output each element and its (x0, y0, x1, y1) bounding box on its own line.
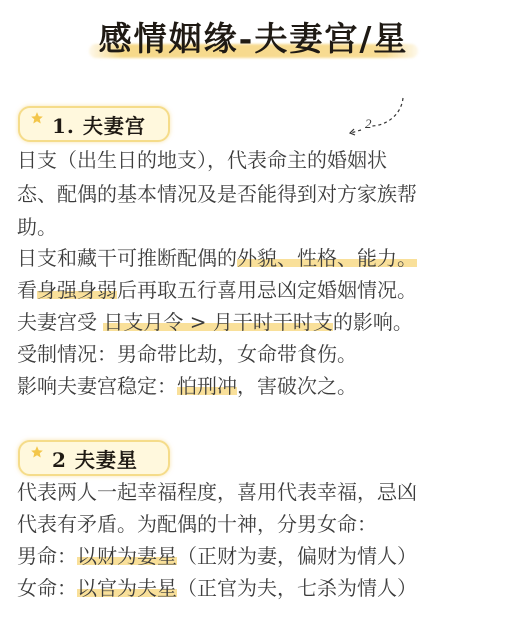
text-line: 看身强身弱后再取五行喜用忌凶定婚姻情况。 (17, 276, 417, 304)
text-line: 助。 (17, 213, 57, 241)
dashed-arrow-icon: 2 (345, 96, 407, 140)
text-line: 日支和藏干可推断配偶的外貌、性格、能力。 (17, 244, 417, 272)
highlight: 怕刑冲 (177, 374, 237, 398)
text-line: 代表有矛盾。为配偶的十神，分男女命： (17, 510, 377, 538)
star-icon (30, 111, 44, 125)
section-badge-fuqi-gong: 1. 夫妻宫 (18, 106, 170, 142)
highlight: 以财为妻星 (77, 544, 177, 568)
section-badge-fuqi-xing: 2 夫妻星 (18, 440, 170, 476)
title-block: 感情姻缘-夫妻宫/星 (0, 18, 507, 60)
highlight: 身强身弱 (37, 278, 117, 302)
text-line: 夫妻宫受 日支月令 > 月干时干时支的影响。 (17, 308, 413, 336)
text-line: 男命：以财为妻星（正财为妻，偏财为情人） (17, 542, 417, 570)
svg-text:2: 2 (365, 116, 372, 131)
page-title: 感情姻缘-夫妻宫/星 (89, 18, 419, 60)
text-line: 日支（出生日的地支），代表命主的婚姻状 (17, 146, 387, 174)
highlight: 日支月令 > 月干时干时支 (103, 310, 332, 334)
text-line: 女命：以官为夫星（正官为夫，七杀为情人） (17, 574, 417, 602)
highlight: 外貌、性格、能力。 (237, 246, 417, 270)
star-icon (30, 445, 44, 459)
text-line: 影响夫妻宫稳定：怕刑冲，害破次之。 (17, 372, 357, 400)
highlight: 以官为夫星 (77, 576, 177, 600)
text-line: 受制情况：男命带比劫，女命带食伤。 (17, 340, 357, 368)
text-line: 代表两人一起幸福程度，喜用代表幸福，忌凶 (17, 478, 417, 506)
text-line: 态、配偶的基本情况及是否能得到对方家族帮 (17, 180, 417, 208)
